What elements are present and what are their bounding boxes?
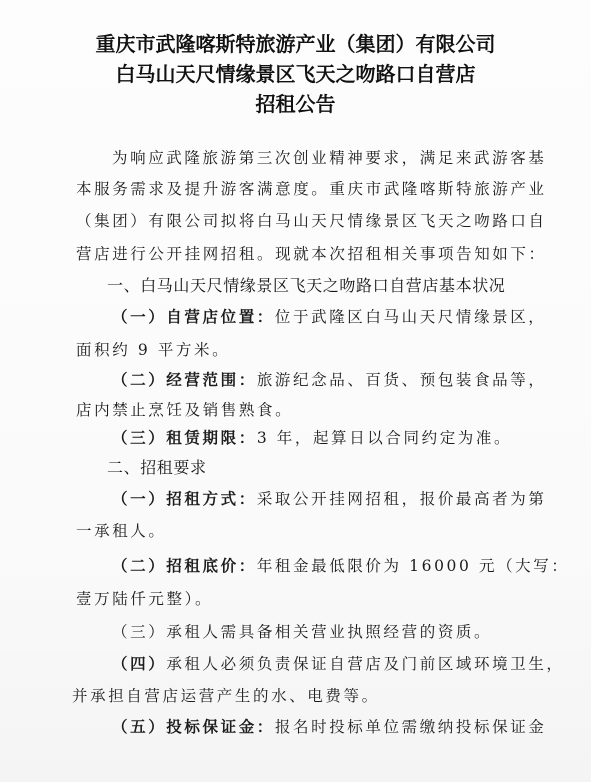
section2-item1-continuation: 一承租人。 xyxy=(76,521,536,541)
section1-item2-continuation: 店内禁止烹饪及销售熟食。 xyxy=(76,400,536,420)
section2-item4-continuation: 并承担自营店运营产生的水、电费等。 xyxy=(72,686,532,706)
intro-line-2: 本服务需求及提升游客满意度。重庆市武隆喀斯特旅游产业 xyxy=(76,179,536,199)
section1-item2: （二）经营范围：旅游纪念品、百货、预包装食品等， xyxy=(112,370,572,390)
section2-item2-continuation: 壹万陆仟元整）。 xyxy=(76,589,536,609)
section1-item3: （三）租赁期限：3 年，起算日以合同约定为准。 xyxy=(112,428,572,448)
section2-item4: （四）承租人必须负责保证自营店及门前区域环境卫生， xyxy=(112,654,572,674)
section1-item1-label: （一）自营店位置： xyxy=(112,307,275,326)
section2-item3-text: 承租人需具备相关营业执照经营的资质。 xyxy=(166,623,492,641)
section1-item1-text: 位于武隆区白马山天尺情缘景区， xyxy=(275,308,547,326)
title-line-3: 招租公告 xyxy=(0,88,591,117)
section2-item4-label: （四） xyxy=(112,654,166,673)
section2-item5: （五）投标保证金：报名时投标单位需缴纳投标保证金 xyxy=(112,717,572,737)
section1-item3-text: 3 年，起算日以合同约定为准。 xyxy=(257,429,512,447)
section2-item1-label: （一）招租方式： xyxy=(112,489,257,508)
section2-item1: （一）招租方式：采取公开挂网招租，报价最高者为第 xyxy=(112,489,572,509)
section1-heading: 一、白马山天尺情缘景区飞天之吻路口自营店基本状况 xyxy=(107,276,567,296)
intro-line-4: 营店进行公开挂网招租。现就本次招租相关事项告知如下： xyxy=(76,244,536,264)
section2-item2-label: （二）招租底价： xyxy=(112,556,257,575)
section2-item2: （二）招租底价：年租金最低限价为 16000 元（大写： xyxy=(112,556,572,576)
section1-item2-label: （二）经营范围： xyxy=(112,370,257,389)
document-page: 重庆市武隆喀斯特旅游产业（集团）有限公司 白马山天尺情缘景区飞天之吻路口自营店 … xyxy=(0,0,591,782)
section2-item3: （三）承租人需具备相关营业执照经营的资质。 xyxy=(112,622,572,642)
section2-heading: 二、招租要求 xyxy=(107,458,567,478)
section2-item1-text: 采取公开挂网招租，报价最高者为第 xyxy=(257,490,547,508)
intro-line-1: 为响应武隆旅游第三次创业精神要求，满足来武游客基 xyxy=(112,148,572,168)
section1-item1-continuation: 面积约 9 平方米。 xyxy=(76,340,536,360)
section1-item1: （一）自营店位置：位于武隆区白马山天尺情缘景区， xyxy=(112,307,572,327)
section1-item3-label: （三）租赁期限： xyxy=(112,428,257,447)
intro-line-3: （集团）有限公司拟将白马山天尺情缘景区飞天之吻路口自 xyxy=(76,211,536,231)
section2-item4-text: 承租人必须负责保证自营店及门前区域环境卫生， xyxy=(166,655,564,673)
section2-item2-text: 年租金最低限价为 16000 元（大写： xyxy=(257,557,570,575)
section1-item2-text: 旅游纪念品、百货、预包装食品等， xyxy=(257,371,547,389)
section2-item3-label: （三） xyxy=(112,623,166,641)
title-line-1: 重庆市武隆喀斯特旅游产业（集团）有限公司 xyxy=(0,28,591,57)
section2-item5-text: 报名时投标单位需缴纳投标保证金 xyxy=(275,718,547,736)
title-line-2: 白马山天尺情缘景区飞天之吻路口自营店 xyxy=(0,58,591,87)
section2-item5-label: （五）投标保证金： xyxy=(112,717,275,736)
